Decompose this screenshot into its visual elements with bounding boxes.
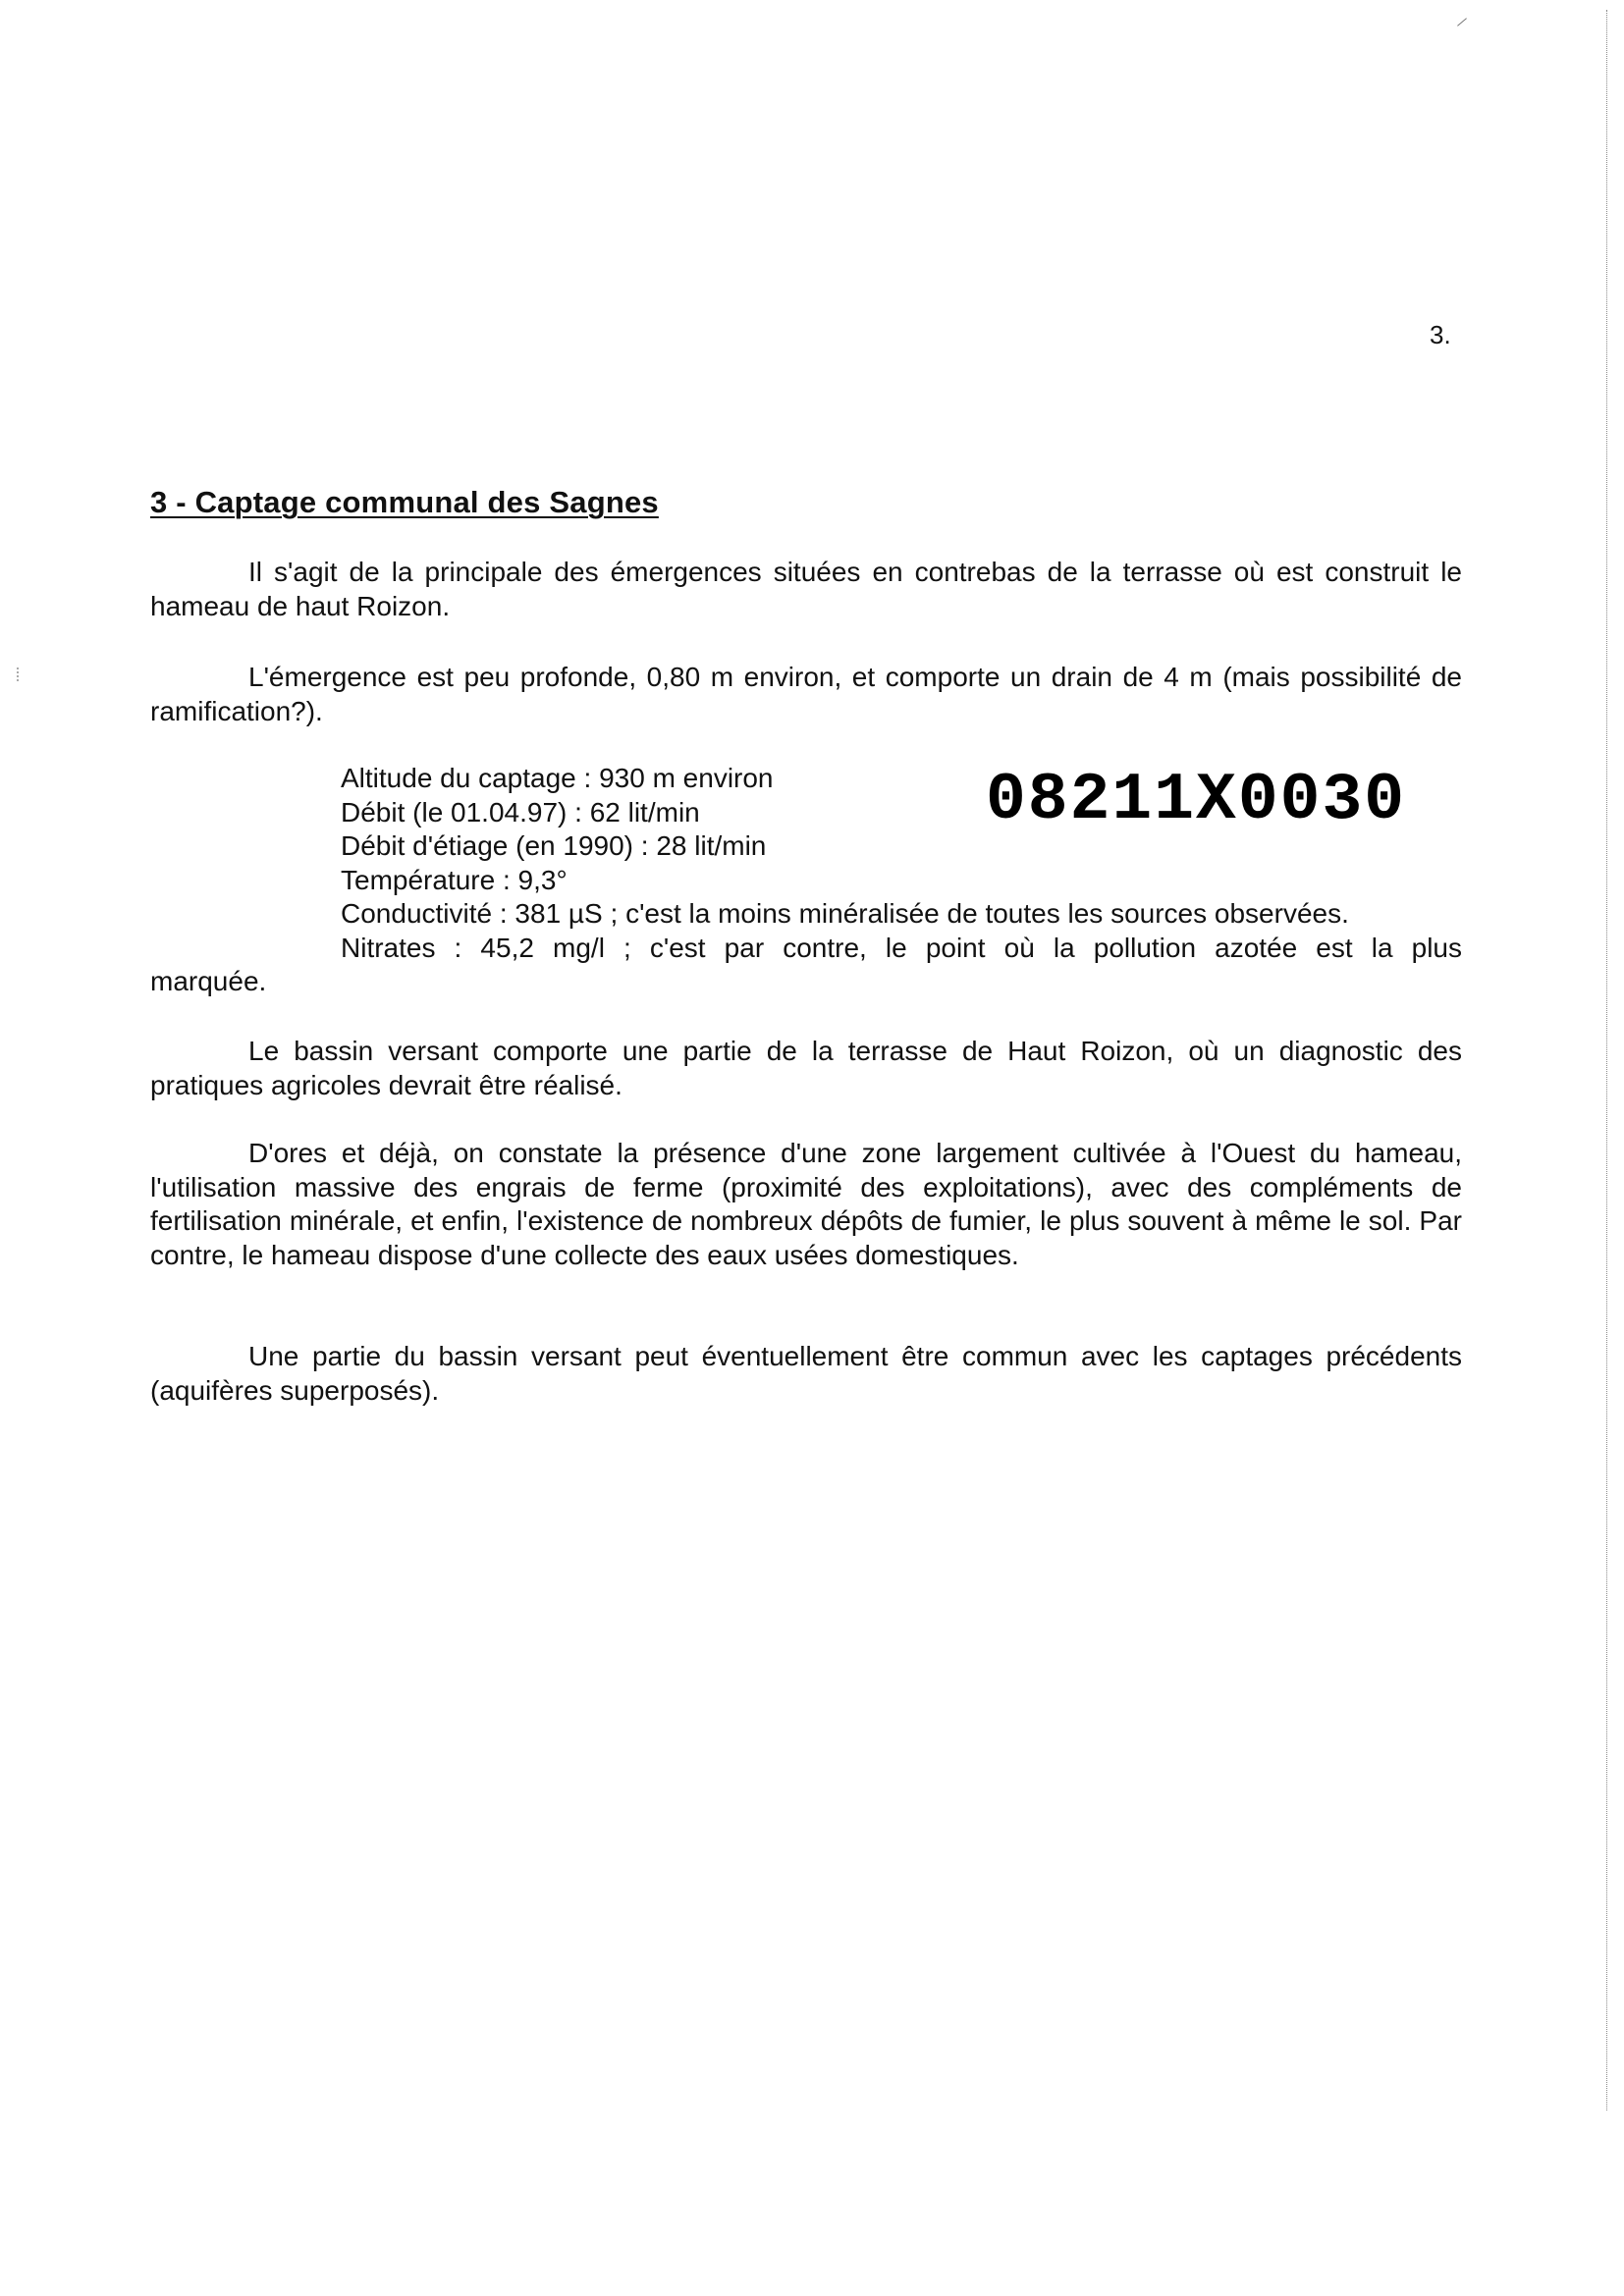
scan-artifact-left xyxy=(17,667,21,681)
paragraph-commun: Une partie du bassin versant peut éventu… xyxy=(150,1340,1462,1408)
measurement-conductivite: Conductivité : 381 µS ; c'est la moins m… xyxy=(341,897,1462,932)
scan-artifact-top xyxy=(1457,18,1467,26)
measurement-nitrates: Nitrates : 45,2 mg/l ; c'est par contre,… xyxy=(341,932,1462,966)
measurement-temperature: Température : 9,3° xyxy=(341,864,1462,898)
paragraph-emergence: L'émergence est peu profonde, 0,80 m env… xyxy=(150,661,1462,728)
stamp-code: 08211X0030 xyxy=(986,763,1406,838)
paragraph-intro: Il s'agit de la principale des émergence… xyxy=(150,556,1462,623)
paragraph-bassin: Le bassin versant comporte une partie de… xyxy=(150,1035,1462,1102)
page-number: 3. xyxy=(1430,320,1451,350)
scan-edge-line xyxy=(1606,10,1607,2110)
section-title: 3 - Captage communal des Sagnes xyxy=(150,485,659,520)
measurements-tail: marquée. xyxy=(150,965,266,999)
paragraph-constat: D'ores et déjà, on constate la présence … xyxy=(150,1137,1462,1272)
